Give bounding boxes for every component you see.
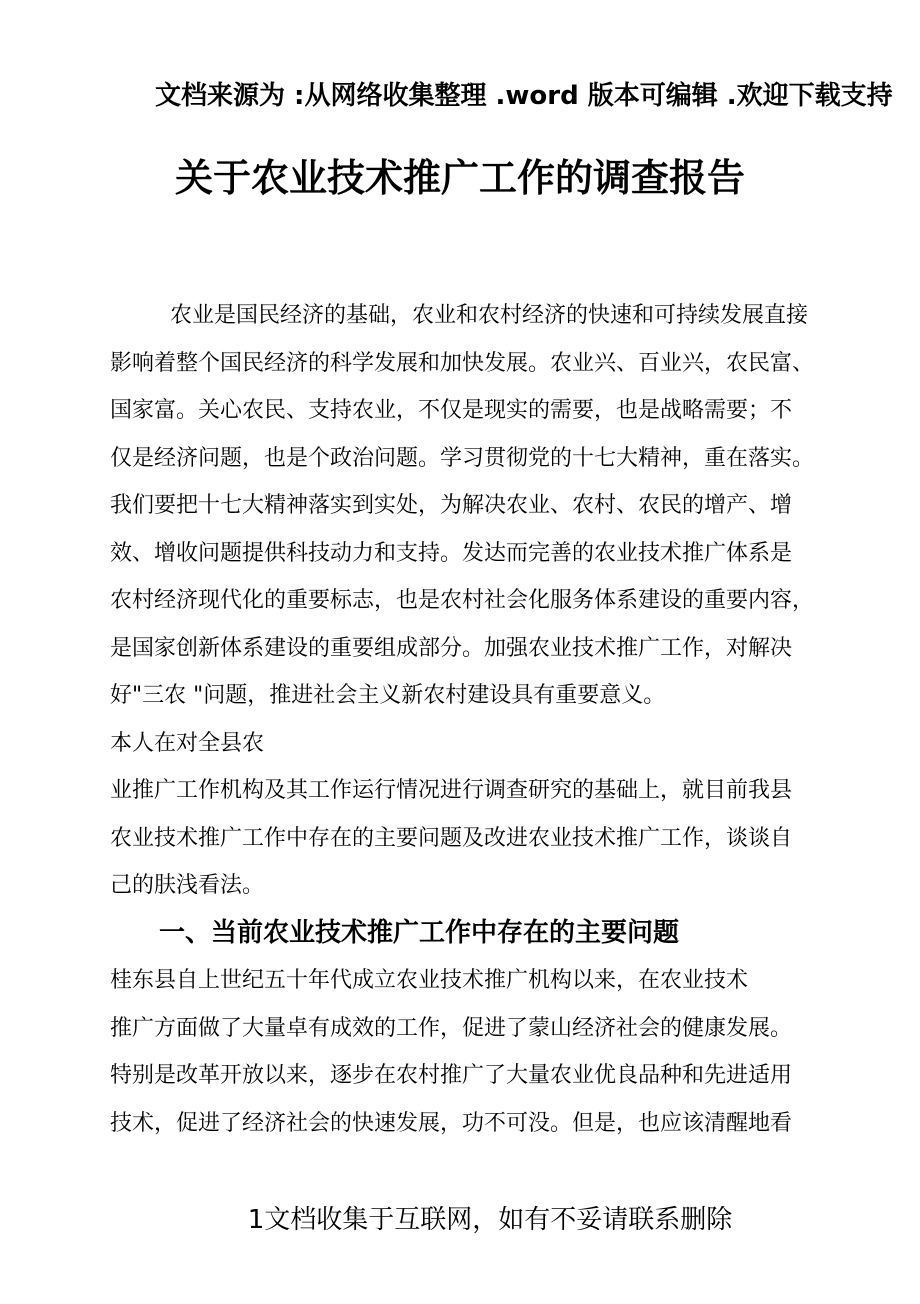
body-text-line: 农村经济现代化的重要标志，也是农村社会化服务体系建设的重要内容， — [110, 577, 816, 625]
body-text-line: 业推广工作机构及其工作运行情况进行调查研究的基础上，就目前我县 — [110, 767, 816, 815]
document-title: 关于农业技术推广工作的调查报告 — [0, 156, 920, 202]
document-page: 文档来源为 :从网络收集整理 .word 版本可编辑 .欢迎下载支持 关于农业技… — [0, 0, 920, 1304]
body-text-line: 农业是国民经济的基础，农业和农村经济的快速和可持续发展直接 — [110, 292, 816, 340]
page-number: 1 — [248, 1205, 265, 1235]
body-text-line: 己的肤浅看法。 — [110, 862, 816, 910]
body-text-line: 效、增收问题提供科技动力和支持。发达而完善的农业技术推广体系是 — [110, 530, 816, 578]
paragraph-survey-basis: 本人在对全县农 业推广工作机构及其工作运行情况进行调查研究的基础上，就目前我县 … — [110, 720, 816, 910]
body-text-line: 技术，促进了经济社会的快速发展，功不可没。但是，也应该清醒地看 — [110, 1100, 816, 1148]
body-text-line: 国家富。关心农民、支持农业，不仅是现实的需要，也是战略需要；不 — [110, 387, 816, 435]
body-text-line: 好"三农 "问题，推进社会主义新农村建设具有重要意义。 — [110, 672, 816, 720]
paragraph-intro: 农业是国民经济的基础，农业和农村经济的快速和可持续发展直接 影响着整个国民经济的… — [110, 292, 816, 720]
body-text-line: 是国家创新体系建设的重要组成部分。加强农业技术推广工作，对解决 — [110, 625, 816, 673]
body-text-line: 农业技术推广工作中存在的主要问题及改进农业技术推广工作，谈谈自 — [110, 815, 816, 863]
body-text-line: 桂东县自上世纪五十年代成立农业技术推广机构以来，在农业技术 — [110, 957, 816, 1005]
document-footer: 1文档收集于互联网，如有不妥请联系删除 — [0, 1206, 920, 1236]
document-body: 农业是国民经济的基础，农业和农村经济的快速和可持续发展直接 影响着整个国民经济的… — [110, 292, 816, 1147]
body-text-line: 仅是经济问题，也是个政治问题。学习贯彻党的十七大精神，重在落实。 — [110, 435, 816, 483]
body-text-line: 本人在对全县农 — [110, 720, 816, 768]
body-text-line: 推广方面做了大量卓有成效的工作，促进了蒙山经济社会的健康发展。 — [110, 1005, 816, 1053]
paragraph-history: 桂东县自上世纪五十年代成立农业技术推广机构以来，在农业技术 推广方面做了大量卓有… — [110, 957, 816, 1147]
body-text-line: 特别是改革开放以来，逐步在农村推广了大量农业优良品种和先进适用 — [110, 1052, 816, 1100]
body-text-line: 我们要把十七大精神落实到实处，为解决农业、农村、农民的增产、增 — [110, 482, 816, 530]
section-heading-main-problems: 一、当前农业技术推广工作中存在的主要问题 — [110, 910, 816, 958]
document-source-note: 文档来源为 :从网络收集整理 .word 版本可编辑 .欢迎下载支持 — [155, 82, 893, 112]
footer-disclaimer: 文档收集于互联网，如有不妥请联系删除 — [264, 1205, 732, 1235]
body-text-line: 影响着整个国民经济的科学发展和加快发展。农业兴、百业兴，农民富、 — [110, 340, 816, 388]
